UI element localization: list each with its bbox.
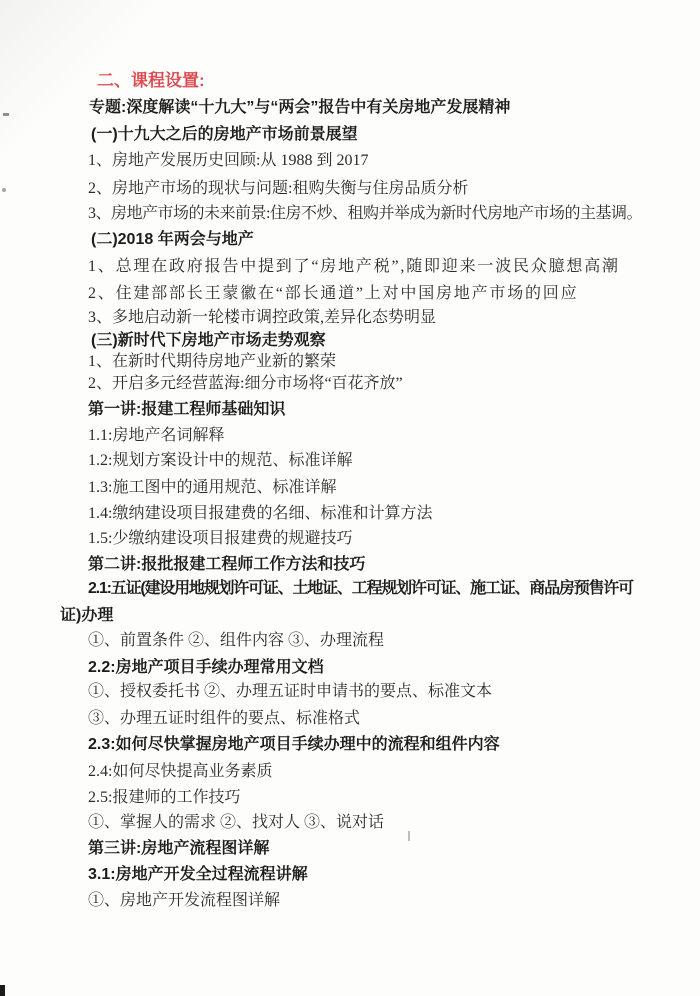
- lecture-3-item-3-1: 3.1:房地产开发全过程流程讲解: [88, 864, 308, 885]
- section-2-heading: (二)2018 年两会与地产: [91, 229, 254, 250]
- lecture-2-item-2-2: 2.2:房地产项目手续办理常用文档: [88, 657, 324, 678]
- topic-line: 专题:深度解读“十九大”与“两会”报告中有关房地产发展精神: [89, 97, 510, 118]
- lecture-2-item-2-1: 2.1:五证(建设用地规划许可证、土地证、工程规划许可证、施工证、商品房预售许可: [88, 578, 633, 599]
- lecture-2-sub-docs-1: ①、授权委托书 ②、办理五证时申请书的要点、标准文本: [88, 681, 492, 702]
- scanned-document-page: 二、课程设置: 专题:深度解读“十九大”与“两会”报告中有关房地产发展精神 (一…: [0, 0, 700, 996]
- lecture-2-heading: 第二讲:报批报建工程师工作方法和技巧: [88, 554, 365, 575]
- section-2-item-2: 2、住建部部长王蒙徽在“部长通道”上对中国房地产市场的回应: [88, 283, 578, 304]
- scan-edge-mark: [0, 985, 5, 996]
- lecture-2-sub-steps-1: ①、前置条件 ②、组件内容 ③、办理流程: [88, 630, 384, 651]
- lecture-1-item-1-3: 1.3:施工图中的通用规范、标准详解: [88, 477, 336, 498]
- lecture-2-item-2-1-wrap: 证)办理: [60, 605, 113, 626]
- lecture-2-item-2-4: 2.4:如何尽快提高业务素质: [88, 761, 272, 782]
- lecture-2-item-2-5: 2.5:报建师的工作技巧: [88, 787, 240, 808]
- section-2-item-3: 3、多地启动新一轮楼市调控政策,差异化态势明显: [88, 307, 436, 328]
- scan-speck: [408, 831, 410, 841]
- section-1-heading: (一)十九大之后的房地产市场前景展望: [91, 124, 358, 145]
- scan-speck: [3, 113, 9, 116]
- section-2-item-1: 1、总理在政府报告中提到了“房地产税”,随即迎来一波民众臆想高潮: [88, 256, 620, 277]
- lecture-1-item-1-4: 1.4:缴纳建设项目报建费的名细、标准和计算方法: [88, 503, 432, 524]
- section-3-heading: (三)新时代下房地产市场走势观察: [91, 330, 326, 351]
- lecture-1-heading: 第一讲:报建工程师基础知识: [88, 399, 285, 420]
- lecture-2-item-2-3: 2.3:如何尽快掌握房地产项目手续办理中的流程和组件内容: [88, 734, 500, 755]
- lecture-2-sub-skills: ①、掌握人的需求 ②、找对人 ③、说对话: [88, 812, 384, 833]
- lecture-3-sub-1: ①、房地产开发流程图详解: [88, 890, 280, 911]
- lecture-2-sub-docs-2: ③、办理五证时组件的要点、标准格式: [88, 708, 360, 729]
- lecture-3-heading: 第三讲:房地产流程图详解: [88, 838, 269, 859]
- section-3-item-1: 1、在新时代期待房地产业新的繁荣: [88, 351, 336, 372]
- section-3-item-2: 2、开启多元经营蓝海:细分市场将“百花齐放”: [88, 373, 403, 394]
- section-1-item-3: 3、房地产市场的未来前景:住房不炒、租购并举成为新时代房地产市场的主基调。: [88, 203, 642, 224]
- scan-speck: [2, 188, 6, 192]
- section-1-item-2: 2、房地产市场的现状与问题:租购失衡与住房品质分析: [88, 178, 468, 199]
- lecture-1-item-1-5: 1.5:少缴纳建设项目报建费的规避技巧: [88, 528, 352, 549]
- section-1-item-1: 1、房地产发展历史回顾:从 1988 到 2017: [88, 150, 368, 171]
- lecture-1-item-1-1: 1.1:房地产名词解释: [88, 425, 224, 446]
- course-setup-heading: 二、课程设置:: [97, 70, 205, 91]
- lecture-1-item-1-2: 1.2:规划方案设计中的规范、标准详解: [88, 450, 352, 471]
